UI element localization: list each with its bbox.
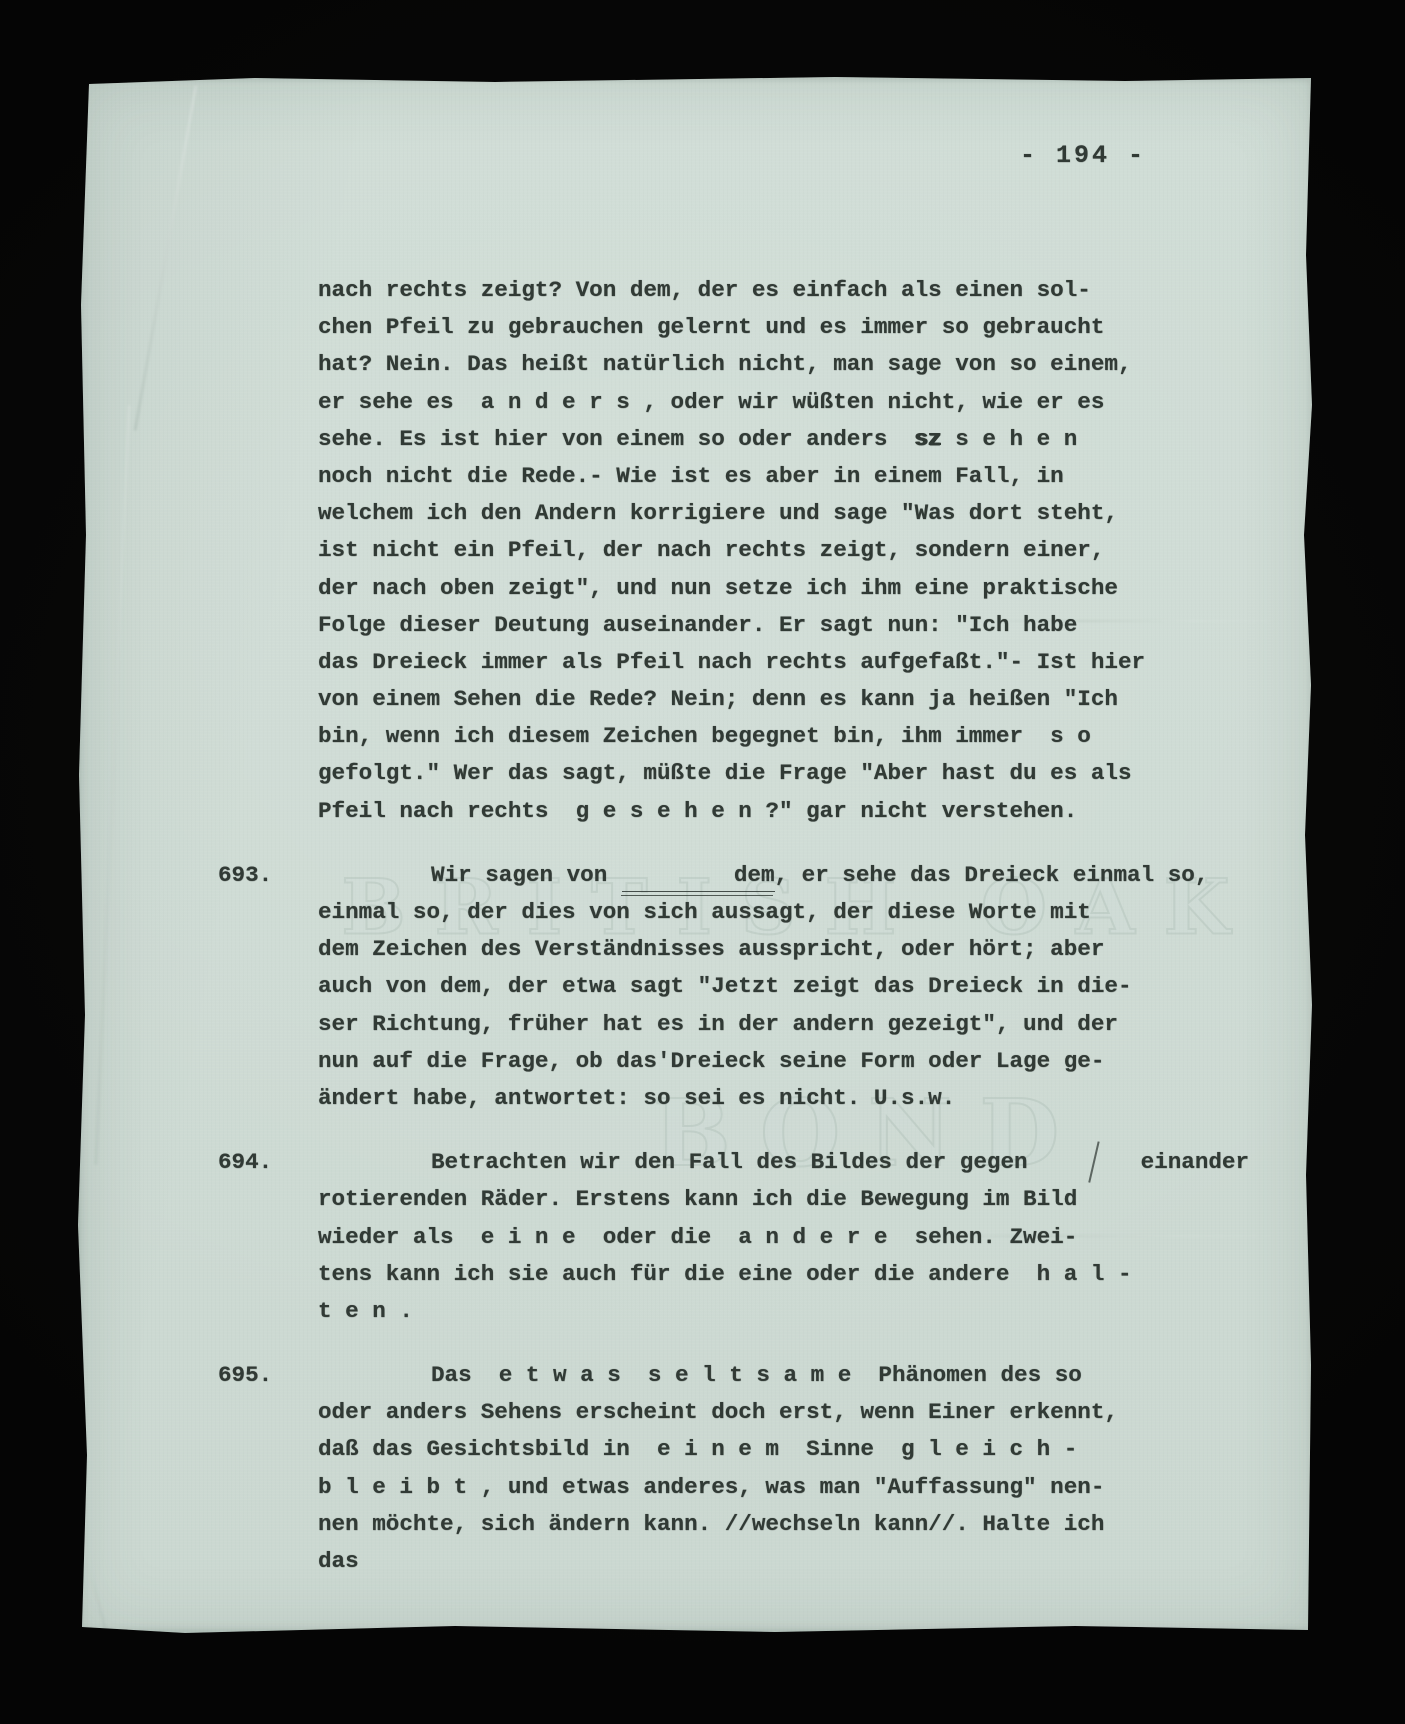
document-page: BRITISH OAK BOND - 194 - nach rechts zei… (75, 75, 1313, 1635)
section-number: 694. (218, 1144, 272, 1181)
text-line: welchem ich den Andern korrigiere und sa… (318, 495, 1218, 532)
text-line: tens kann ich sie auch für die eine oder… (318, 1256, 1218, 1293)
text-line: wieder als e i n e oder die a n d e r e … (318, 1219, 1218, 1256)
text-line: von einem Sehen die Rede? Nein; denn es … (318, 681, 1218, 718)
text-line: das Dreieck immer als Pfeil nach rechts … (318, 644, 1218, 681)
text-line: Betrachten wir den Fall des Bildes der g… (318, 1144, 1218, 1181)
text-line: Wir sagen von dem, er sehe das Dreieck e… (318, 857, 1218, 894)
text-line: er sehe es a n d e r s , oder wir wüßten… (318, 384, 1218, 421)
text-line: gefolgt." Wer das sagt, müßte die Frage … (318, 755, 1218, 792)
paragraph-693: 693.Wir sagen von dem, er sehe das Dreie… (318, 857, 1218, 1117)
text-line: rotierenden Räder. Erstens kann ich die … (318, 1181, 1218, 1218)
text-line: ändert habe, antwortet: so sei es nicht.… (318, 1080, 1218, 1117)
text-line: Pfeil nach rechts g e s e h e n ?" gar n… (318, 793, 1218, 830)
text-line: hat? Nein. Das heißt natürlich nicht, ma… (318, 346, 1218, 383)
struck-character: e (1028, 1144, 1155, 1181)
text-line: einmal so, der dies von sich aussagt, de… (318, 894, 1218, 931)
paper-crease (94, 405, 130, 1164)
paper-crease (75, 1515, 109, 1642)
text-line: das (318, 1543, 1218, 1580)
section-number: 693. (218, 857, 272, 894)
paragraph-695: 695.Das e t w a s s e l t s a m e Phänom… (318, 1357, 1218, 1580)
text-line: daß das Gesichtsbild in e i n e m Sinne … (318, 1431, 1218, 1468)
text-line: dem Zeichen des Verständnisses aussprich… (318, 931, 1218, 968)
text-line: auch von dem, der etwa sagt "Jetzt zeigt… (318, 968, 1218, 1005)
text-line: sehe. Es ist hier von einem so oder ande… (318, 421, 1218, 458)
paragraph-continuation: nach rechts zeigt? Von dem, der es einfa… (318, 272, 1218, 830)
text-body: nach rechts zeigt? Von dem, der es einfa… (318, 272, 1218, 1580)
paragraph-694: 694.Betrachten wir den Fall des Bildes d… (318, 1144, 1218, 1330)
text-line: ist nicht ein Pfeil, der nach rechts zei… (318, 532, 1218, 569)
underlined-word-dem: dem (621, 857, 775, 894)
text-line: b l e i b t , und etwas anderes, was man… (318, 1469, 1218, 1506)
text-line: oder anders Sehens erscheint doch erst, … (318, 1394, 1218, 1431)
paper-crease (134, 85, 198, 430)
text-line: nun auf die Frage, ob das'Dreieck seine … (318, 1043, 1218, 1080)
text-line: Folge dieser Deutung auseinander. Er sag… (318, 607, 1218, 644)
page-number: - 194 - (1020, 141, 1146, 170)
text-line: chen Pfeil zu gebrauchen gelernt und es … (318, 309, 1218, 346)
text-line: t e n . (318, 1293, 1218, 1330)
text-line: ser Richtung, früher hat es in der ander… (318, 1006, 1218, 1043)
text-line: noch nicht die Rede.- Wie ist es aber in… (318, 458, 1218, 495)
section-number: 695. (218, 1357, 272, 1394)
text-line: bin, wenn ich diesem Zeichen begegnet bi… (318, 718, 1218, 755)
text-line: nen möchte, sich ändern kann. //wechseln… (318, 1506, 1218, 1543)
scan-background: { "page": { "number_label": "- 194 -", "… (0, 0, 1405, 1724)
text-line: nach rechts zeigt? Von dem, der es einfa… (318, 272, 1218, 309)
text-line: der nach oben zeigt", und nun setze ich … (318, 570, 1218, 607)
text-line: Das e t w a s s e l t s a m e Phänomen d… (318, 1357, 1218, 1394)
overstruck-typo: sz (915, 426, 942, 452)
